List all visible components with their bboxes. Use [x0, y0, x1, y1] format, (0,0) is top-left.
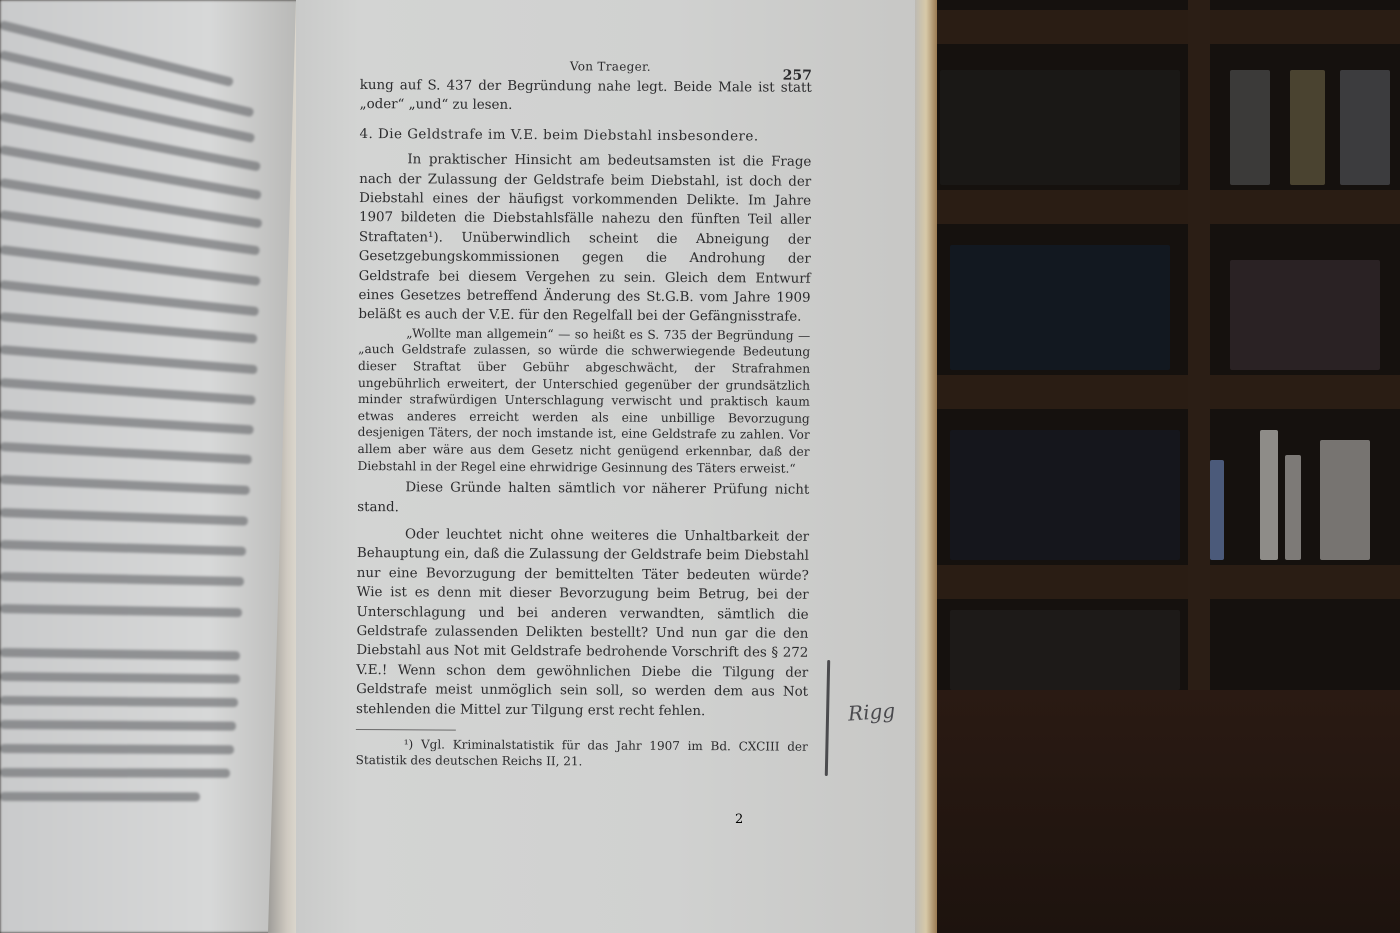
- book-spine: [1340, 70, 1390, 185]
- footnote: ¹) Vgl. Kriminalstatistik für das Jahr 1…: [356, 736, 808, 771]
- shelf-board: [930, 375, 1400, 409]
- book-spine: [1210, 460, 1224, 560]
- book-spines: [1230, 260, 1380, 370]
- page-text: Von Traeger. 257 kung auf S. 437 der Beg…: [356, 52, 812, 771]
- left-page: [0, 0, 300, 933]
- block-quotation: „Wollte man allgemein“ — so heißt es S. …: [357, 325, 810, 477]
- page-number: 257: [783, 67, 812, 87]
- paragraph: Diese Gründe halten sämtlich vor näherer…: [357, 478, 809, 520]
- page-header: Von Traeger. 257: [360, 52, 812, 79]
- book-spines: [950, 610, 1180, 690]
- shelf-board: [930, 190, 1400, 224]
- running-head: Von Traeger.: [570, 57, 651, 77]
- pencil-margin-note: Rigg: [847, 698, 896, 725]
- book-spine: [1285, 455, 1301, 560]
- book-spines: [950, 245, 1170, 370]
- signature-mark: 2: [735, 812, 743, 827]
- paragraph: In praktischer Hinsicht am bedeutsamsten…: [358, 150, 811, 327]
- shelf-board: [930, 565, 1400, 599]
- book-spine: [1260, 430, 1278, 560]
- table-surface: [930, 690, 1400, 933]
- page-edge: [915, 0, 937, 933]
- book-spines: [950, 430, 1180, 560]
- shelf-upright: [1188, 0, 1210, 700]
- book-spine: [1230, 70, 1270, 185]
- footnote-rule: [356, 729, 456, 731]
- section-heading: 4. Die Geldstrafe im V.E. beim Diebstahl…: [359, 125, 811, 147]
- shelf-board: [930, 10, 1400, 44]
- book-spines: [940, 70, 1180, 185]
- book-spine: [1320, 440, 1370, 560]
- book-spine: [1290, 70, 1325, 185]
- paragraph: Oder leuchtet nicht ohne weiteres die Un…: [356, 525, 809, 722]
- carry-over-text: kung auf S. 437 der Begründung nahe legt…: [360, 76, 812, 118]
